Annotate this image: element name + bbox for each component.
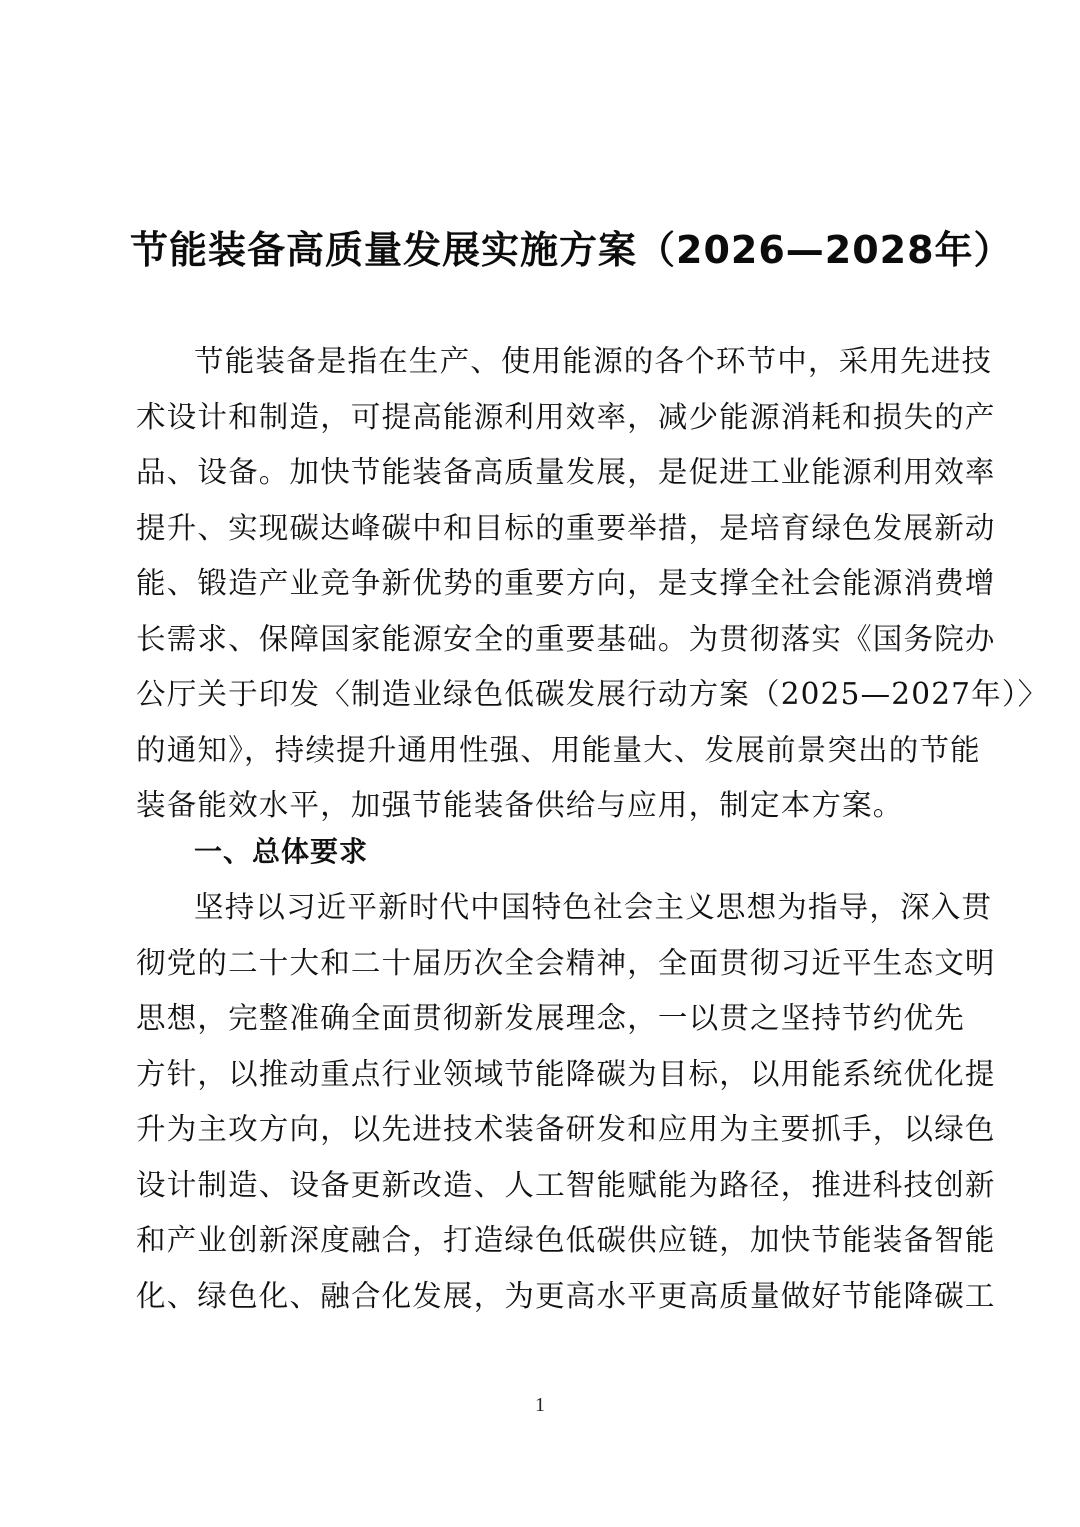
paragraph-line: 彻党的二十大和二十届历次全会精神，全面贯彻习近平生态文明 bbox=[136, 936, 946, 992]
page-number: 1 bbox=[0, 1393, 1080, 1417]
paragraph-line: 公厅关于印发〈制造业绿色低碳发展行动方案（2025—2027年）〉 bbox=[136, 667, 946, 723]
section-heading: 一、总体要求 bbox=[194, 824, 368, 880]
paragraph-line: 和产业创新深度融合，打造绿色低碳供应链，加快节能装备智能 bbox=[136, 1213, 946, 1269]
intro-paragraph: 节能装备是指在生产、使用能源的各个环节中，采用先进技 术设计和制造，可提高能源利… bbox=[136, 334, 946, 834]
paragraph-line: 方针，以推动重点行业领域节能降碳为目标，以用能系统优化提 bbox=[136, 1047, 946, 1103]
paragraph-line: 升为主攻方向，以先进技术装备研发和应用为主要抓手，以绿色 bbox=[136, 1102, 946, 1158]
paragraph-line: 坚持以习近平新时代中国特色社会主义思想为指导，深入贯 bbox=[136, 880, 946, 936]
paragraph-line: 能、锻造产业竞争新优势的重要方向，是支撑全社会能源消费增 bbox=[136, 556, 946, 612]
paragraph-line: 的通知》，持续提升通用性强、用能量大、发展前景突出的节能 bbox=[136, 723, 946, 779]
paragraph-line: 长需求、保障国家能源安全的重要基础。为贯彻落实《国务院办 bbox=[136, 612, 946, 668]
paragraph-line: 提升、实现碳达峰碳中和目标的重要举措，是培育绿色发展新动 bbox=[136, 501, 946, 557]
paragraph-line: 思想，完整准确全面贯彻新发展理念，一以贯之坚持节约优先 bbox=[136, 991, 946, 1047]
paragraph-line: 化、绿色化、融合化发展，为更高水平更高质量做好节能降碳工 bbox=[136, 1269, 946, 1325]
section-paragraph: 坚持以习近平新时代中国特色社会主义思想为指导，深入贯 彻党的二十大和二十届历次全… bbox=[136, 880, 946, 1324]
paragraph-line: 品、设备。加快节能装备高质量发展，是促进工业能源利用效率 bbox=[136, 445, 946, 501]
paragraph-line: 设计制造、设备更新改造、人工智能赋能为路径，推进科技创新 bbox=[136, 1158, 946, 1214]
document-page: 节能装备高质量发展实施方案（2026—2028年） 节能装备是指在生产、使用能源… bbox=[0, 0, 1080, 1527]
paragraph-line: 术设计和制造，可提高能源利用效率，减少能源消耗和损失的产 bbox=[136, 390, 946, 446]
document-title: 节能装备高质量发展实施方案（2026—2028年） bbox=[130, 222, 960, 278]
paragraph-line: 节能装备是指在生产、使用能源的各个环节中，采用先进技 bbox=[136, 334, 946, 390]
